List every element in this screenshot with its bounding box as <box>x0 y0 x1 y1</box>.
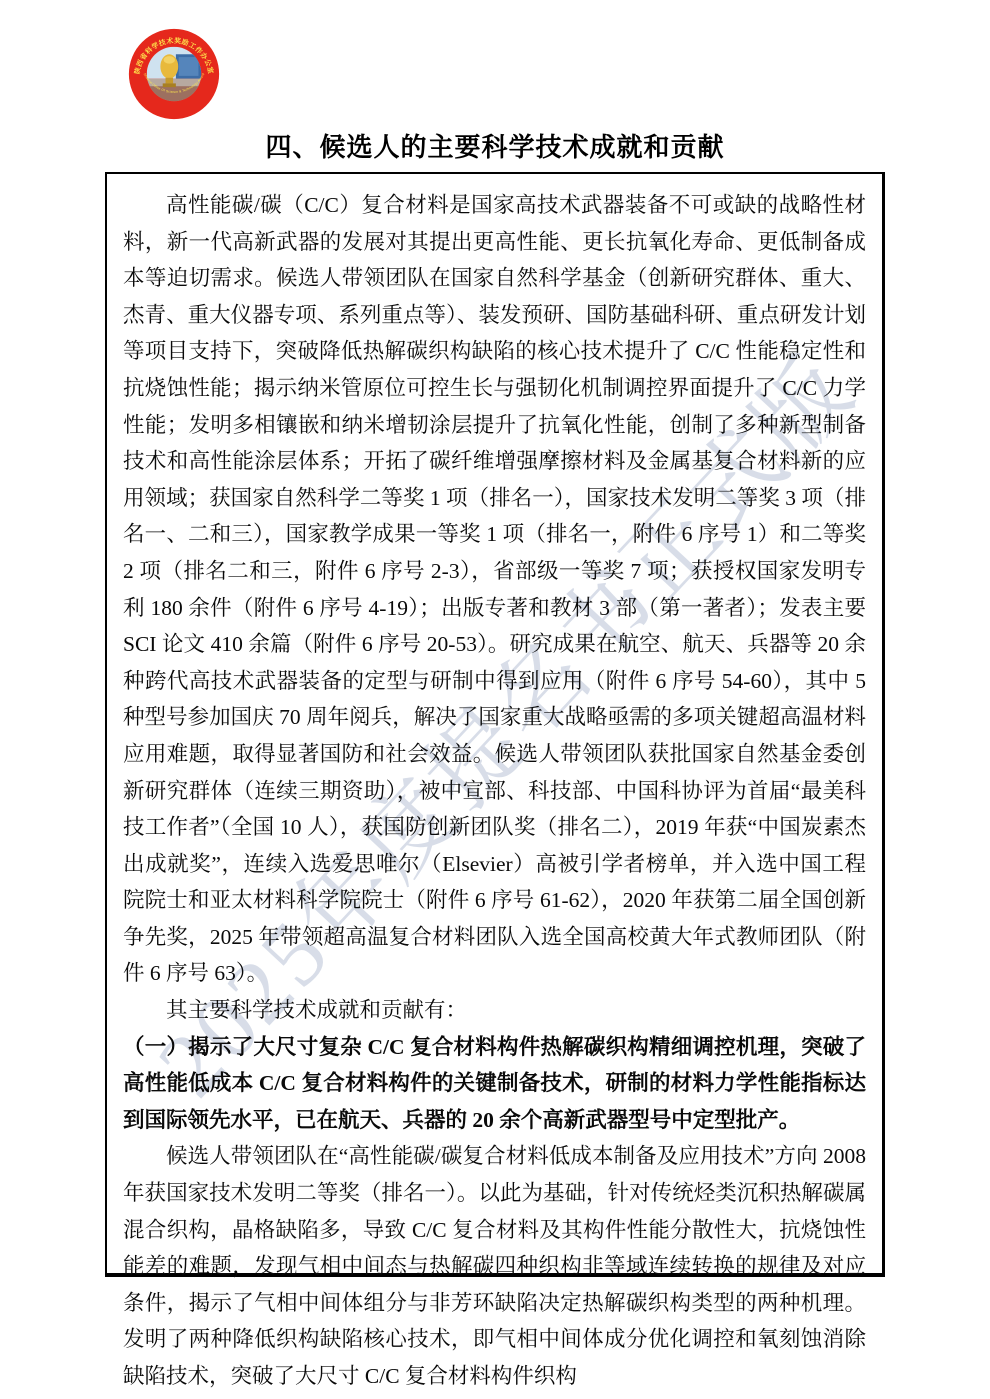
paragraph-achievement-summary: 高性能碳/碳（C/C）复合材料是国家高技术武器装备不可或缺的战略性材料，新一代高… <box>123 187 866 992</box>
paragraph-contribution-heading-1: （一）揭示了大尺寸复杂 C/C 复合材料构件热解碳织构精细调控机理，突破了高性能… <box>123 1029 866 1139</box>
content-box: 高性能碳/碳（C/C）复合材料是国家高技术武器装备不可或缺的战略性材料，新一代高… <box>105 172 885 1277</box>
seal-logo: 陕西省科学技术奖励工作办公室 Shaanxi Office Of Science… <box>127 27 221 121</box>
paragraph-contributions-lead-in: 其主要科学技术成就和贡献有： <box>123 992 866 1029</box>
page-title: 四、候选人的主要科学技术成就和贡献 <box>0 127 990 164</box>
paragraph-contribution-detail-1: 候选人带领团队在“高性能碳/碳复合材料低成本制备及应用技术”方向 2008 年获… <box>123 1138 866 1394</box>
seal-logo-graphic: 陕西省科学技术奖励工作办公室 Shaanxi Office Of Science… <box>127 27 221 121</box>
